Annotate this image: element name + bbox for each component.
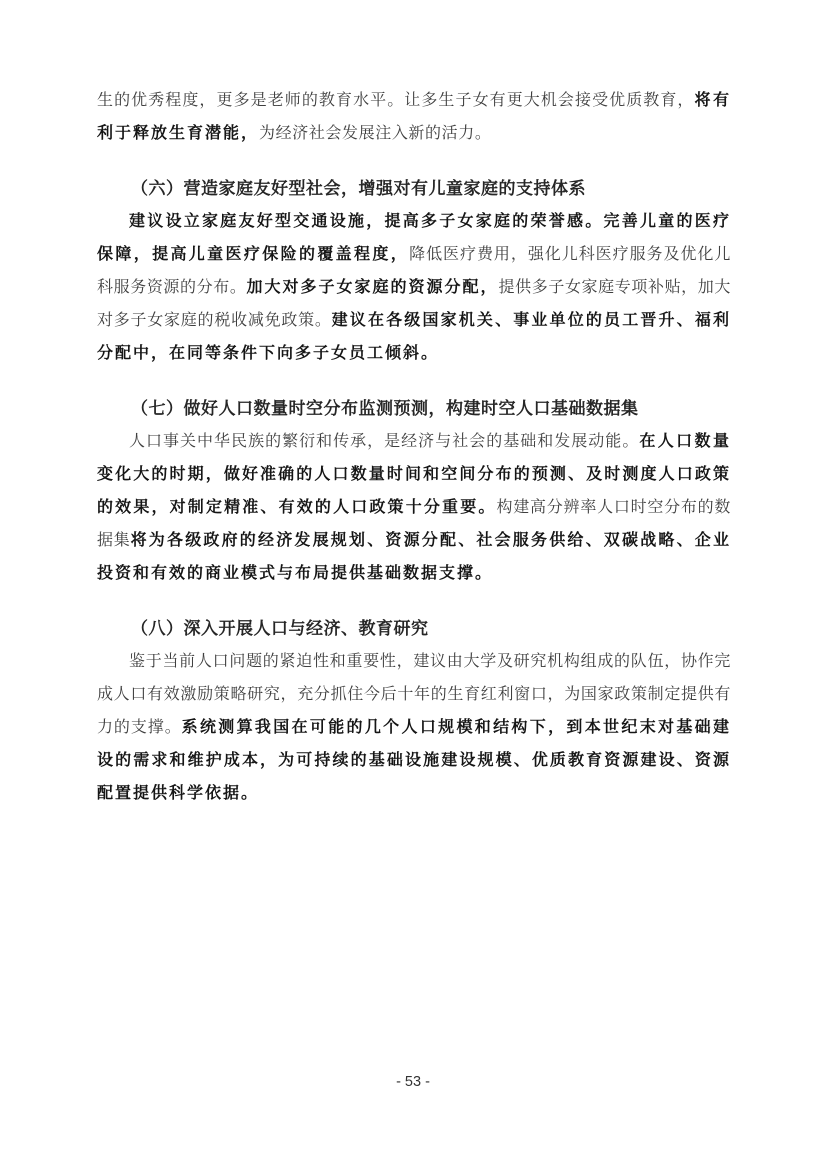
section-heading-eight: （八）深入开展人口与经济、教育研究	[97, 612, 731, 645]
section-seven-paragraph: 人口事关中华民族的繁衍和传承，是经济与社会的基础和发展动能。在人口数量变化大的时…	[97, 425, 731, 590]
page-content: 生的优秀程度，更多是老师的教育水平。让多生子女有更大机会接受优质教育，将有利于释…	[97, 84, 731, 810]
section-heading-six: （六）营造家庭友好型社会，增强对有儿童家庭的支持体系	[97, 172, 731, 205]
text-run: 为经济社会发展注入新的活力。	[259, 125, 491, 142]
text-run-bold: 系统测算我国在可能的几个人口规模和结构下，到本世纪末对基础建设的需求和维护成本，…	[97, 719, 731, 802]
section-six-paragraph: 建议设立家庭友好型交通设施，提高多子女家庭的荣誉感。完善儿童的医疗保障，提高儿童…	[97, 205, 731, 370]
section-eight-paragraph: 鉴于当前人口问题的紧迫性和重要性，建议由大学及研究机构组成的队伍，协作完成人口有…	[97, 645, 731, 810]
text-run-bold: 将为各级政府的经济发展规划、资源分配、社会服务供给、双碳战略、企业投资和有效的商…	[97, 532, 731, 582]
text-run: 生的优秀程度，更多是老师的教育水平。让多生子女有更大机会接受优质教育，	[97, 92, 695, 109]
intro-paragraph: 生的优秀程度，更多是老师的教育水平。让多生子女有更大机会接受优质教育，将有利于释…	[97, 84, 731, 150]
text-run-bold: 加大对多子女家庭的资源分配，	[246, 279, 498, 296]
text-run: 人口事关中华民族的繁衍和传承，是经济与社会的基础和发展动能。	[129, 433, 639, 450]
document-page: 生的优秀程度，更多是老师的教育水平。让多生子女有更大机会接受优质教育，将有利于释…	[0, 0, 826, 1169]
section-heading-seven: （七）做好人口数量时空分布监测预测，构建时空人口基础数据集	[97, 392, 731, 425]
page-number: - 53 -	[0, 1074, 826, 1090]
